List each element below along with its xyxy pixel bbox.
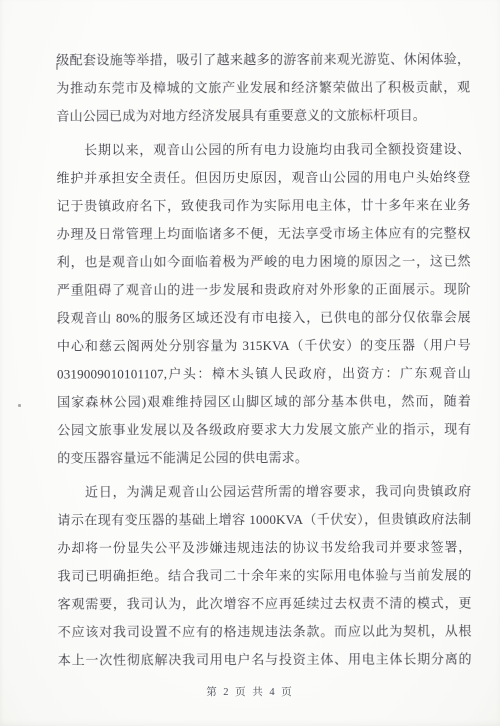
text-line: 办理及日常管理上均面临诸多不便，无法享受市场主体应有的完整权 xyxy=(57,219,471,248)
document-body: 级配套设施等举措，吸引了越来越多的游客前来观光游览、休闲体验，为推动东莞市及樟城… xyxy=(56,45,472,674)
text-line: 为推动东莞市及樟城的文旅产业发展和经济繁荣做出了积极贡献，观 xyxy=(56,73,470,102)
text-line: 长期以来，观音山公园的所有电力设施均由我司全额投资建设、 xyxy=(56,135,470,164)
text-line: 段观音山 80%的服务区域还没有市电接入，已供电的部分仅依靠会展 xyxy=(57,303,471,332)
text-line: 中心和慈云阁两处分别容量为 315KVA（千伏安）的变压器（用户号 xyxy=(57,331,471,360)
text-line: 本上一次性彻底解决我司用电户名与投资主体、用电主体长期分离的 xyxy=(58,645,472,674)
text-line: 记于贵镇政府名下，致使我司作为实际用电主体，廿十多年来在业务 xyxy=(57,191,471,220)
document-lines: 级配套设施等举措，吸引了越来越多的游客前来观光游览、休闲体验，为推动东莞市及樟城… xyxy=(56,45,472,674)
text-line: 0319009010101107,户头：樟木头镇人民政府，出资方：广东观音山 xyxy=(57,359,471,388)
text-line: 不应该对我司设置不应有的格违规违法条款。而应以此为契机，从根 xyxy=(58,617,472,646)
text-line: 音山公园已成为对地方经济发展具有重要意义的文旅标杆项目。 xyxy=(56,101,470,130)
text-line: 我司已明确拒绝。结合我司二十余年来的实际用电体验与当前发展的 xyxy=(58,561,472,590)
text-line: 利，也是观音山如今面临着极为严峻的电力困境的原因之一，这已然 xyxy=(57,247,471,276)
text-line: 办却将一份显失公平及涉嫌违规违法的协议书发给我司并要求签署， xyxy=(57,533,471,562)
text-line: 请示在现有变压器的基础上增容 1000KVA（千伏安），但贵镇政府法制 xyxy=(57,505,471,534)
scanned-document-page: 级配套设施等举措，吸引了越来越多的游客前来观光游览、休闲体验，为推动东莞市及樟城… xyxy=(0,0,500,726)
text-line: 客观需要，我司认为，此次增容不应再延续过去权责不清的模式，更 xyxy=(58,589,472,618)
scan-speck xyxy=(56,63,58,70)
text-line: 严重阻碍了观音山的进一步发展和贵政府对外形象的正面展示。现阶 xyxy=(57,275,471,304)
text-line: 级配套设施等举措，吸引了越来越多的游客前来观光游览、休闲体验， xyxy=(56,45,470,74)
text-line: 的变压器容量远不能满足公园的供电需求。 xyxy=(57,443,471,472)
text-line: 近日，为满足观音山公园运营所需的增容要求，我司向贵镇政府 xyxy=(57,477,471,506)
page-number-footer: 第 2 页 共 4 页 xyxy=(0,684,500,699)
text-line: 维护并承担安全责任。但因历史原因，观音山公园的用电户头始终登 xyxy=(56,163,470,192)
scan-speck xyxy=(18,404,21,407)
text-line: 公园文旅事业发展以及各级政府要求大力发展文旅产业的指示，现有 xyxy=(57,415,471,444)
text-line: 国家森林公园)艰难维持园区山脚区域的部分基本供电，然而，随着 xyxy=(57,387,471,416)
